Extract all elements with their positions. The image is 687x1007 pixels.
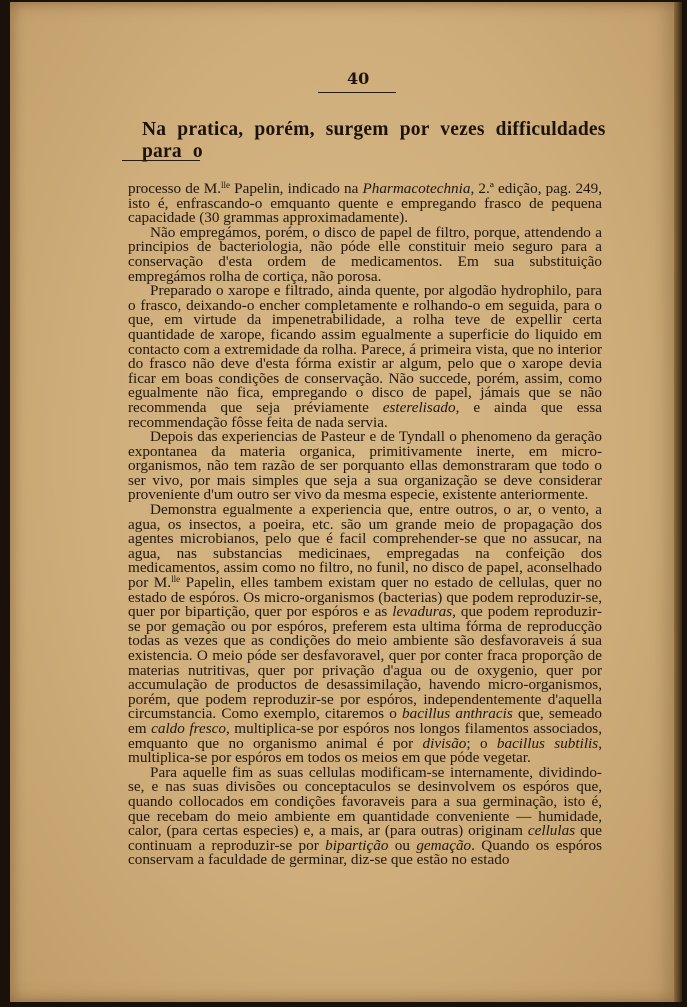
section-rule [122, 160, 200, 161]
lead-line: Na pratica, porém, surgem por vezes diff… [142, 119, 612, 163]
superscript: lle [171, 574, 180, 584]
italic-text: esterelisado [383, 399, 456, 416]
text-run: Preparado o xarope e filtrado, ainda que… [128, 282, 602, 416]
paragraph: Para aquelle fim as suas cellulas modifi… [128, 766, 602, 868]
paragraph: Depois das experiencias de Pasteur e de … [128, 430, 602, 503]
text-run: Não empregámos, porém, o disco de papel … [128, 224, 602, 285]
paragraph: Preparado o xarope e filtrado, ainda que… [128, 284, 602, 430]
paragraph: processo de M.lle Papelin, indicado na P… [128, 182, 602, 226]
paragraph: Não empregámos, porém, o disco de papel … [128, 226, 602, 284]
page-number-rule [318, 92, 396, 93]
page-number: 40 [347, 69, 369, 88]
body-text: processo de M.lle Papelin, indicado na P… [128, 182, 602, 868]
paragraph: Demonstra egualmente a experiencia que, … [128, 503, 602, 766]
superscript: lle [221, 180, 230, 190]
text-run: Depois das experiencias de Pasteur e de … [128, 428, 602, 503]
page-edge-shadow [674, 2, 682, 1002]
book-page: 40 Na pratica, porém, surgem por vezes d… [10, 2, 682, 1002]
